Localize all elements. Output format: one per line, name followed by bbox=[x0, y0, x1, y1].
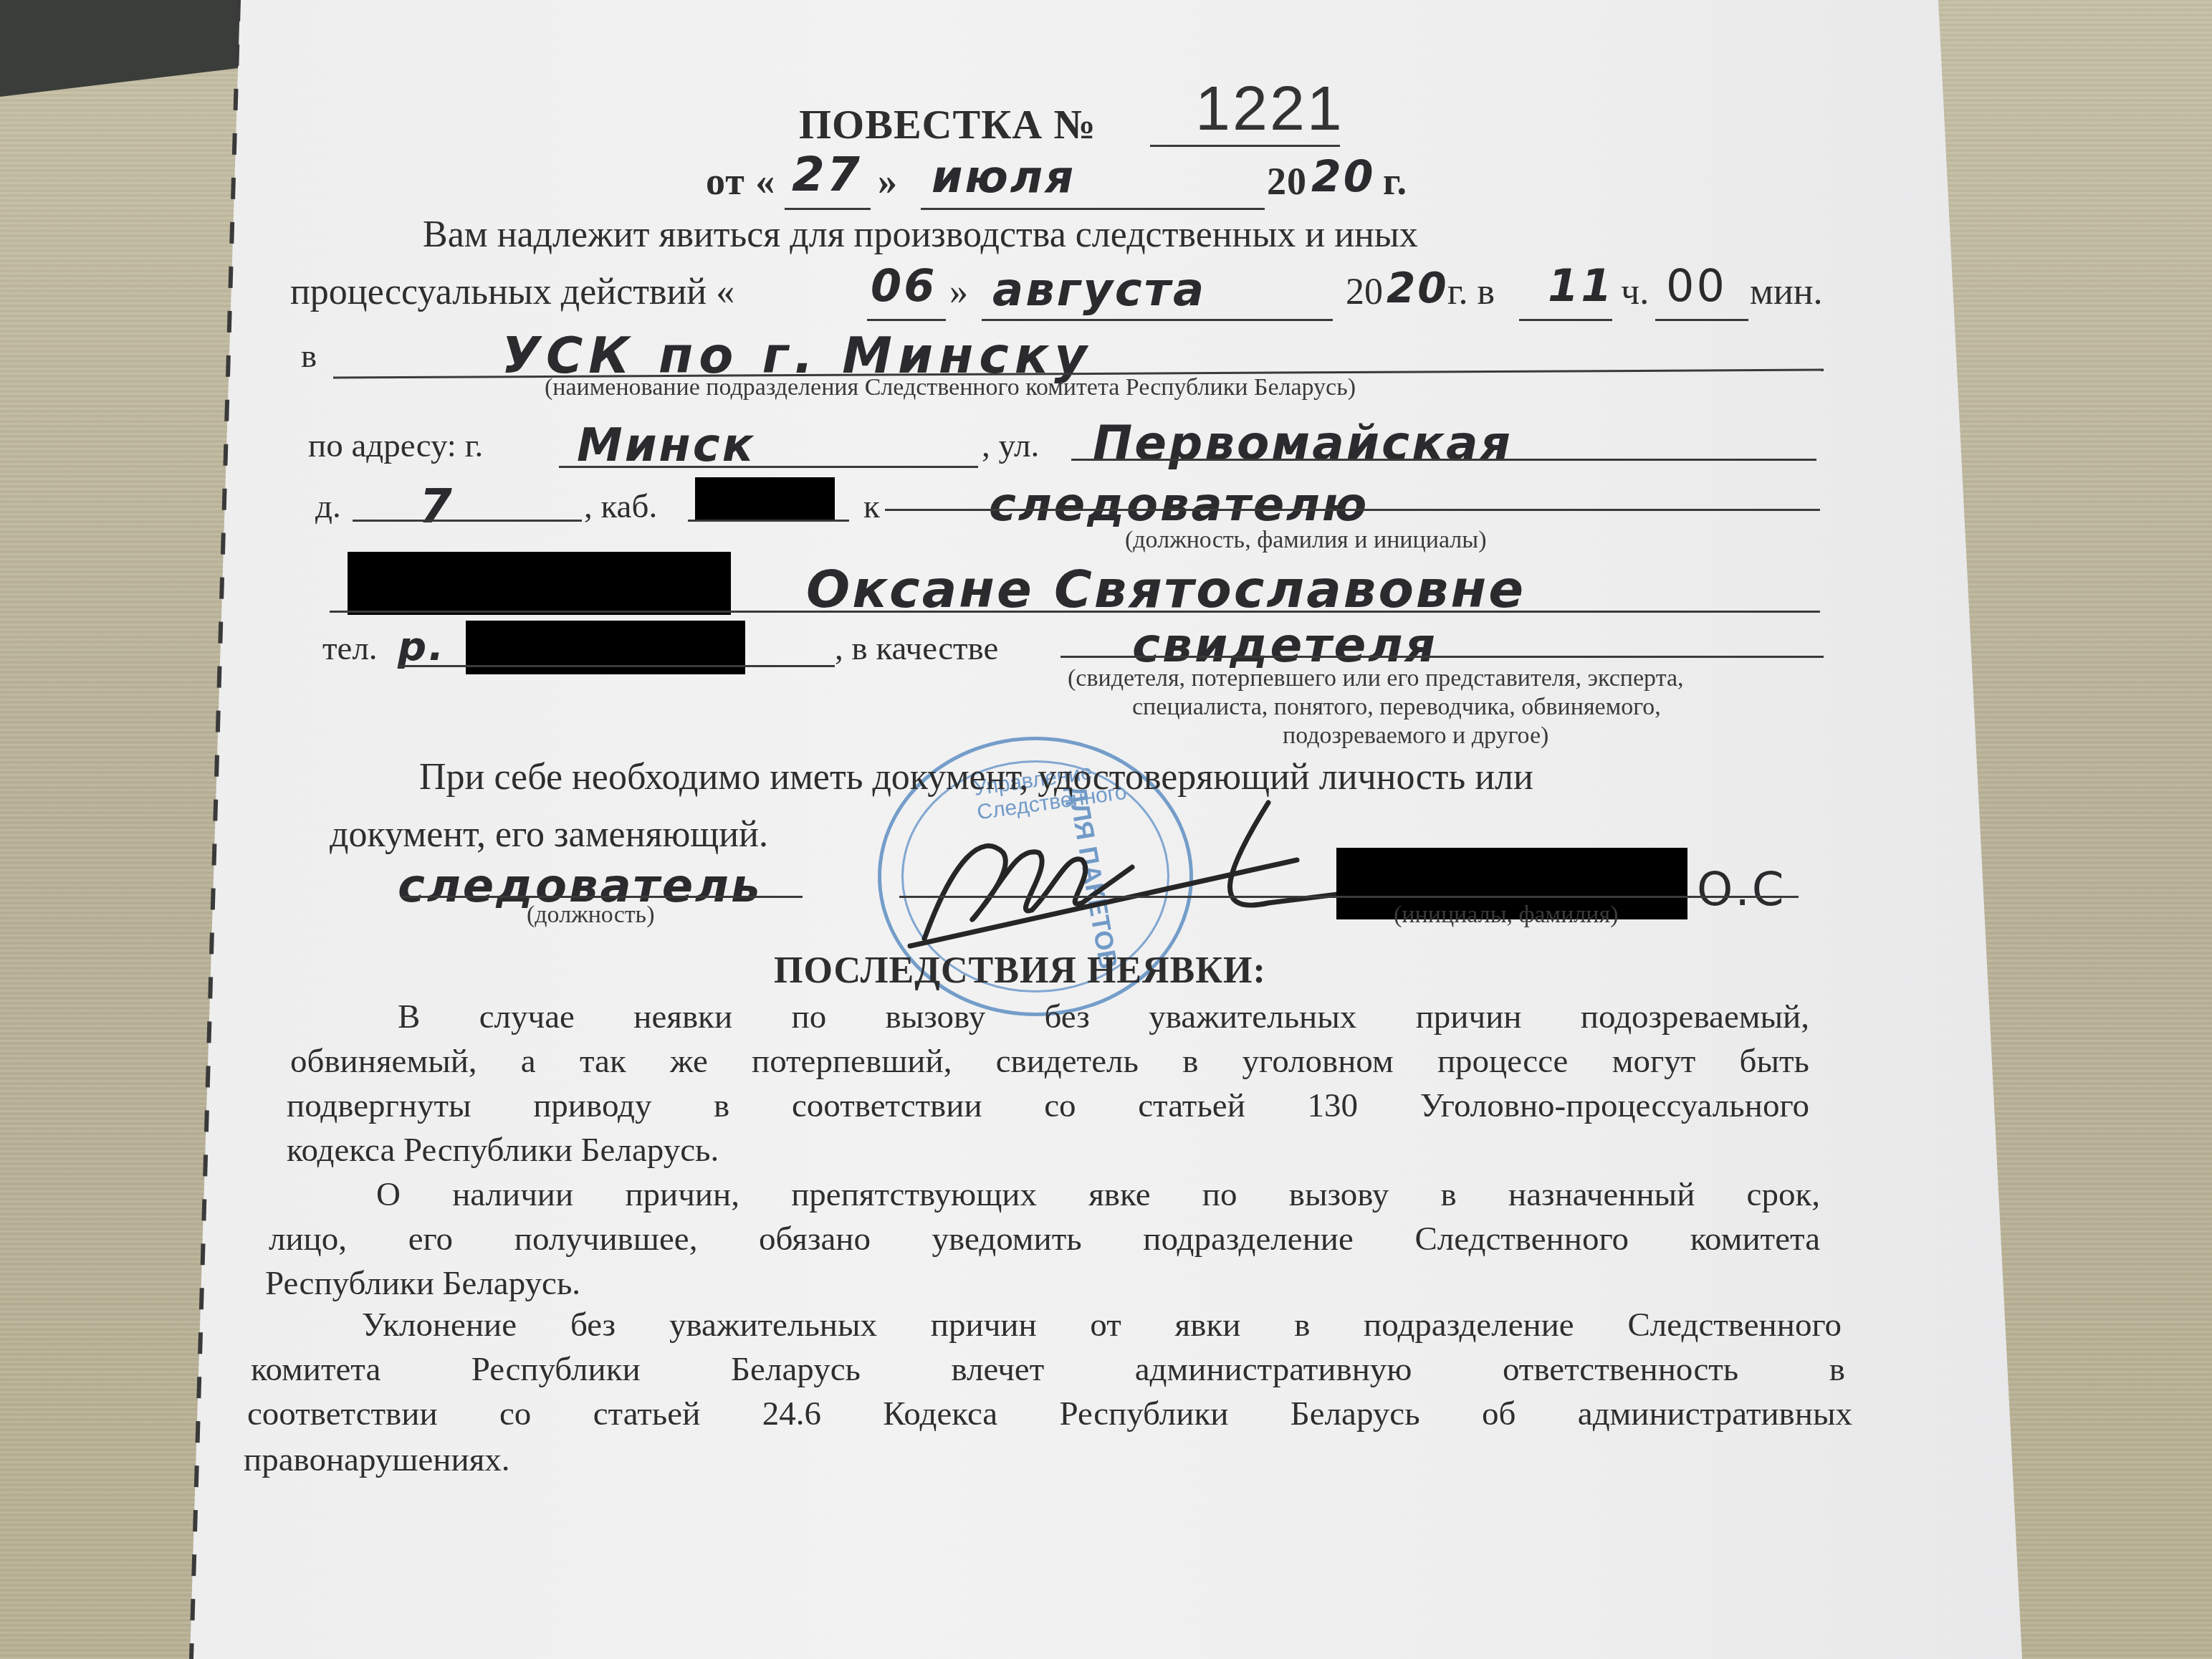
document-title: ПОВЕСТКА № bbox=[799, 100, 1096, 148]
city-prefix: по адресу: г. bbox=[308, 426, 483, 465]
signer-position-caption: (должность) bbox=[527, 902, 654, 929]
house-prefix: д. bbox=[315, 487, 341, 526]
consequences-p3-line-4: правонарушениях. bbox=[244, 1440, 510, 1479]
recipient-underline bbox=[330, 611, 1820, 613]
signer-initials: О.С bbox=[1697, 864, 1786, 917]
house-underline bbox=[353, 520, 582, 522]
date-day-underline bbox=[785, 208, 871, 210]
appearance-year-printed: 20 bbox=[1346, 271, 1383, 313]
consequences-p1-line-3: подвергнуты приводу в соответствии со ст… bbox=[287, 1086, 1809, 1125]
summons-line-2: процессуальных действий « bbox=[290, 271, 734, 313]
role-caption-1: (свидетеля, потерпевшего или его предста… bbox=[1068, 665, 1684, 692]
to-caption: (должность, фамилия и инициалы) bbox=[1125, 527, 1486, 554]
date-quote-close: » bbox=[878, 159, 898, 204]
appearance-year-hand: 20 bbox=[1387, 264, 1449, 312]
summons-number: 1221 bbox=[1195, 72, 1344, 145]
appearance-hour: 11 bbox=[1548, 259, 1614, 312]
appearance-hour-underline bbox=[1519, 319, 1612, 321]
consequences-p3-line-3: соответствии со статьей 24.6 Кодекса Рес… bbox=[247, 1395, 1852, 1433]
summons-line-1: Вам надлежит явиться для производства сл… bbox=[423, 214, 1418, 256]
city-value: Минск bbox=[577, 419, 755, 472]
street-underline bbox=[1071, 459, 1816, 461]
consequences-p3-line-1: Уклонение без уважительных причин от явк… bbox=[362, 1306, 1842, 1344]
consequences-p2-line-3: Республики Беларусь. bbox=[265, 1264, 580, 1303]
to-underline bbox=[885, 509, 1820, 511]
signature-underline bbox=[899, 896, 1297, 898]
role-prefix: , в качестве bbox=[835, 629, 998, 668]
house-value: 7 bbox=[419, 479, 454, 534]
date-month-underline bbox=[921, 208, 1265, 210]
appearance-month: августа bbox=[992, 264, 1206, 317]
date-day: 27 bbox=[792, 147, 862, 202]
date-prefix: от « bbox=[706, 159, 775, 204]
id-notice-line-2: документ, его заменяющий. bbox=[330, 813, 768, 856]
appearance-minute-underline bbox=[1655, 319, 1748, 321]
date-year-hand: 20 bbox=[1311, 152, 1376, 202]
appearance-month-underline bbox=[982, 319, 1333, 321]
consequences-p1-line-4: кодекса Республики Беларусь. bbox=[287, 1131, 719, 1170]
consequences-p2-line-2: лицо, его получившее, обязано уведомить … bbox=[269, 1220, 1820, 1258]
phone-prefix: тел. bbox=[322, 629, 378, 668]
appearance-year-suffix: г. в bbox=[1447, 271, 1495, 313]
appearance-hour-suffix: ч. bbox=[1621, 271, 1649, 313]
surname-redaction bbox=[348, 552, 731, 615]
office-prefix: , каб. bbox=[584, 487, 657, 526]
location-caption: (наименование подразделения Следственног… bbox=[545, 374, 1356, 401]
consequences-p3-line-2: комитета Республики Беларусь влечет адми… bbox=[251, 1350, 1845, 1389]
to-position: следователю bbox=[989, 479, 1369, 532]
city-underline bbox=[559, 466, 978, 468]
appearance-day-underline bbox=[867, 319, 946, 321]
role-caption-2: специалиста, понятого, переводчика, обви… bbox=[1132, 694, 1661, 721]
street-value: Первомайская bbox=[1093, 416, 1513, 471]
number-underline bbox=[1150, 145, 1340, 147]
office-underline bbox=[688, 520, 849, 522]
phone-underline bbox=[398, 665, 835, 667]
consequences-p1-line-1: В случае неявки по вызову без уважительн… bbox=[398, 998, 1809, 1036]
consequences-p1-line-2: обвиняемый, а так же потерпевший, свидет… bbox=[290, 1042, 1809, 1081]
appearance-quote-close: » bbox=[949, 271, 968, 313]
role-underline bbox=[1060, 656, 1824, 658]
location-prefix: в bbox=[301, 337, 317, 376]
date-month: июля bbox=[932, 150, 1076, 203]
signer-position-underline bbox=[401, 896, 803, 898]
consequences-heading: ПОСЛЕДСТВИЯ НЕЯВКИ: bbox=[774, 950, 1266, 992]
street-prefix: , ул. bbox=[982, 426, 1039, 465]
appearance-minute: 00 bbox=[1666, 259, 1727, 312]
date-year-printed: 20 bbox=[1267, 159, 1307, 204]
to-prefix: к bbox=[863, 487, 880, 526]
date-suffix: г. bbox=[1383, 159, 1407, 204]
appearance-minute-suffix: мин. bbox=[1750, 271, 1823, 313]
office-redaction bbox=[695, 477, 835, 522]
phone-hand-prefix: р. bbox=[398, 623, 446, 670]
signer-name-underline bbox=[1297, 896, 1799, 898]
role-caption-3: подозреваемого и другое) bbox=[1283, 722, 1548, 750]
signer-name-caption: (инициалы, фамилия) bbox=[1394, 902, 1618, 929]
consequences-p2-line-1: О наличии причин, препятствующих явке по… bbox=[376, 1175, 1820, 1214]
appearance-day: 06 bbox=[871, 259, 937, 312]
